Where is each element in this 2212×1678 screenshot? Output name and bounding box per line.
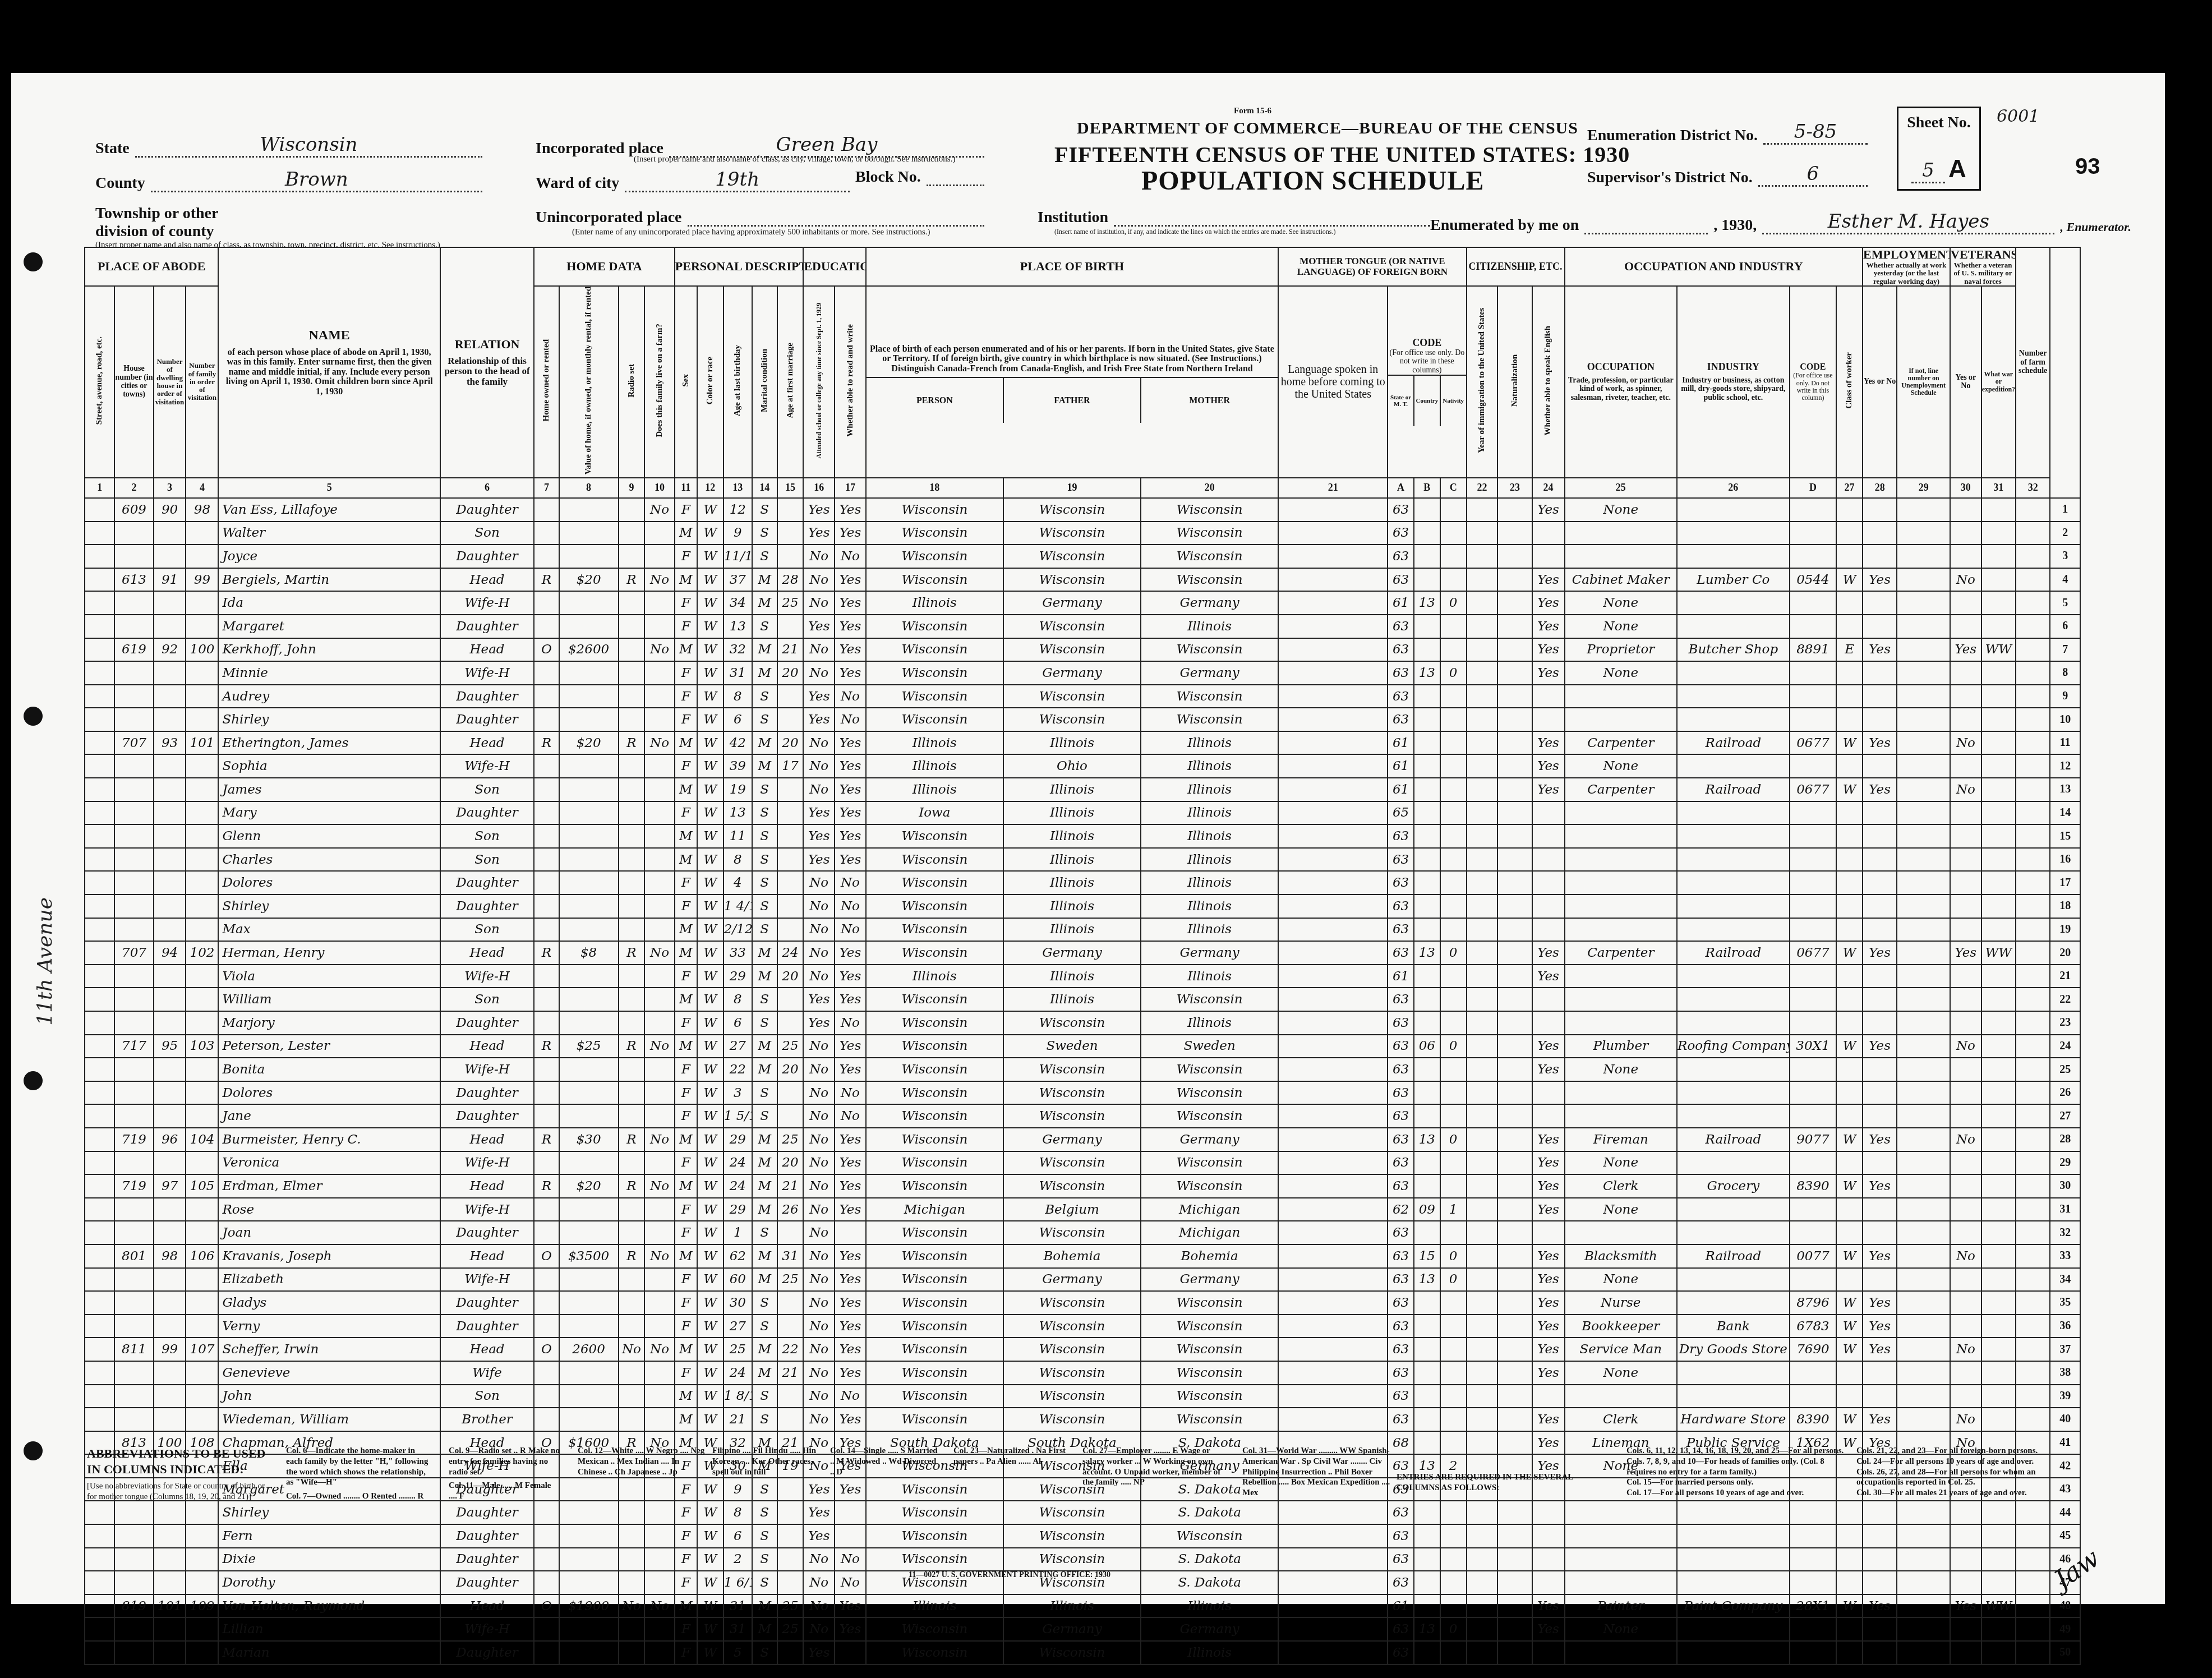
page-stamp: 93 [2075,154,2100,179]
cell-ind [1677,1198,1790,1221]
cell-family: 98 [186,498,218,522]
cell-cls: W [1836,731,1863,755]
cell-bf: Wisconsin [1003,1408,1141,1431]
cell-own [534,708,559,731]
cell-sex: M [675,1128,697,1151]
legend-col14: Col. 14—Single ..... S Married .. M Wido… [830,1446,942,1477]
cell-name: Fern [218,1524,440,1548]
cell-lang [1278,1011,1388,1035]
cell-occ: None [1565,1058,1678,1081]
cell-A: 61 [1388,965,1414,988]
cell-lang [1278,848,1388,872]
cell-lang [1278,778,1388,801]
cell-unemp [1897,1011,1950,1035]
cell-bp: Wisconsin [866,708,1003,731]
cell-B [1414,918,1440,942]
cell-street [85,1338,114,1361]
cell-nat [1497,941,1532,965]
cell-code [1790,522,1837,545]
cell-vet: No [1950,1128,1981,1151]
cell-unemp [1897,1035,1950,1058]
cell-farm [644,1641,675,1665]
cell-war: WW [1981,941,2016,965]
col-unemployment-line-header: If not, line number on Unemployment Sche… [1897,286,1950,478]
cell-C [1440,871,1467,895]
group-place-of-abode: PLACE OF ABODE [85,247,218,286]
cell-lang [1278,1174,1388,1198]
cell-family [186,1291,218,1315]
cell-dwelling [154,685,186,708]
cell-nat [1497,778,1532,801]
cell-sch: No [803,1151,835,1175]
cell-race: W [697,1104,723,1128]
cell-age: 42 [723,731,752,755]
cell-ind [1677,965,1790,988]
cell-occ [1565,1501,1678,1524]
cell-imm [1467,918,1498,942]
cell-sch: No [803,895,835,918]
cell-ind: Railroad [1677,1244,1790,1268]
cell-age: 6 [723,1011,752,1035]
cell-name: Mary [218,801,440,825]
col-owned-rented-header: Home owned or rented [534,286,559,478]
supervisor-district-value: 6 [1807,163,1819,185]
cell-farm [644,1104,675,1128]
cell-rel: Daughter [440,1641,534,1665]
cell-lang [1278,522,1388,545]
cell-rw: Yes [835,1058,866,1081]
cell-age: 32 [723,638,752,662]
cell-mar: M [752,1174,777,1198]
cell-cls [1836,848,1863,872]
col-first-marriage-header: Age at first marriage [777,286,804,478]
cell-rw: No [835,918,866,942]
cell-bm: Illinois [1141,778,1278,801]
cell-sch: No [803,1594,835,1618]
cell-bf: Wisconsin [1003,1058,1141,1081]
cell-C [1440,988,1467,1011]
block-field[interactable]: Block No. [855,168,984,186]
cell-name: Elizabeth [218,1268,440,1292]
cell-sch: No [803,1571,835,1594]
cell-war [1981,1011,2016,1035]
cell-eng: Yes [1532,1338,1565,1361]
cell-imm [1467,685,1498,708]
cell-war [1981,545,2016,568]
cell-bp: Wisconsin [866,1151,1003,1175]
cell-nat [1497,1617,1532,1641]
cell-nat [1497,731,1532,755]
cell-family [186,661,218,685]
enumerator-field[interactable]: Enumerated by me on , 1930, Esther M. Ha… [1430,210,2131,234]
cell-B [1414,824,1440,848]
cell-code [1790,708,1837,731]
cell-ind [1677,591,1790,615]
cell-unemp [1897,1617,1950,1641]
cell-ind: Railroad [1677,778,1790,801]
cell-mar: S [752,1548,777,1571]
cell-name: Van Ess, Lillafoye [218,498,440,522]
cell-C [1440,965,1467,988]
cell-bp: Wisconsin [866,1058,1003,1081]
cell-vet [1950,1268,1981,1292]
cell-lang [1278,1104,1388,1128]
table-row: DoloresDaughterFW4SNoNoWisconsinIllinois… [85,871,2080,895]
cell-family [186,1221,218,1244]
table-row: JoyceDaughterFW11/12SNoNoWisconsinWiscon… [85,545,2080,568]
cell-nat [1497,1198,1532,1221]
cell-farm [644,824,675,848]
table-row: ShirleyDaughterFW1 4/12SNoNoWisconsinIll… [85,895,2080,918]
cell-rel: Head [440,941,534,965]
cell-rw: Yes [835,1174,866,1198]
cell-race: W [697,545,723,568]
cell-fm: 25 [777,1128,804,1151]
line-number: 3 [2050,545,2080,568]
cell-eng [1532,1524,1565,1548]
cell-eng [1532,545,1565,568]
incorporated-place-field[interactable]: Incorporated place Green Bay [536,133,984,158]
cell-nat [1497,1128,1532,1151]
cell-sex: F [675,1104,697,1128]
cell-C [1440,824,1467,848]
cell-rel: Wife-H [440,1151,534,1175]
cell-bf: Wisconsin [1003,545,1141,568]
cell-bp: Wisconsin [866,1081,1003,1105]
cell-val: $25 [559,1035,619,1058]
cell-cls [1836,1081,1863,1105]
cell-radio: R [619,1174,645,1198]
cell-fm: 25 [777,1035,804,1058]
cell-sch: No [803,1548,835,1571]
cell-imm [1467,895,1498,918]
cell-age: 8 [723,1501,752,1524]
cell-rw: Yes [835,1408,866,1431]
cell-farmsch [2016,638,2050,662]
institution-field[interactable]: Institution [1038,209,1430,227]
cell-rw: Yes [835,498,866,522]
cell-val [559,1501,619,1524]
group-mother-tongue: MOTHER TONGUE (OR NATIVE LANGUAGE) OF FO… [1278,247,1466,286]
cell-nat [1497,1058,1532,1081]
enumerated-year: , 1930, [1713,216,1757,234]
cell-house [114,1221,153,1244]
line-number-header [2050,247,2080,498]
cell-family [186,1104,218,1128]
cell-imm [1467,754,1498,778]
cell-cls [1836,1011,1863,1035]
cell-age: 12 [723,498,752,522]
cell-war [1981,1035,2016,1058]
cell-B [1414,871,1440,895]
cell-dwelling [154,708,186,731]
cell-own [534,871,559,895]
table-row: DixieDaughterFW2SNoNoWisconsinWisconsinS… [85,1548,2080,1571]
ward-field[interactable]: Ward of city 19th [536,168,850,192]
cell-age: 6 [723,1524,752,1548]
cell-war [1981,754,2016,778]
cell-radio [619,1221,645,1244]
cell-eng: Yes [1532,498,1565,522]
abbreviations-heading: ABBREVIATIONS TO BE USED IN COLUMNS INDI… [87,1446,272,1502]
enumeration-district-field[interactable]: Enumeration District No. 5-85 [1587,121,1868,145]
cell-eng: Yes [1532,1035,1565,1058]
cell-lang [1278,1151,1388,1175]
cell-ind [1677,1291,1790,1315]
cell-war [1981,1315,2016,1338]
cell-A: 63 [1388,1315,1414,1338]
cell-house [114,965,153,988]
col-war-header: What war or expedition? [1981,286,2016,478]
column-number: 7 [534,478,559,498]
cell-name: Genevieve [218,1361,440,1385]
cell-code [1790,545,1837,568]
group-home-data: HOME DATA [534,247,675,286]
county-field[interactable]: County Brown [95,168,482,192]
cell-name: Rose [218,1198,440,1221]
cell-sch: No [803,1058,835,1081]
cell-rw: Yes [835,1315,866,1338]
cell-dwelling [154,895,186,918]
cell-sex: M [675,778,697,801]
cell-bm: Wisconsin [1141,1081,1278,1105]
township-field[interactable]: Township or other division of county (In… [95,205,488,250]
cell-house [114,1058,153,1081]
cell-eng [1532,1221,1565,1244]
cell-occ: None [1565,498,1678,522]
cell-fm [777,988,804,1011]
cell-lang [1278,918,1388,942]
sheet-number-box: Sheet No. 5 A [1897,107,1981,191]
cell-unemp [1897,848,1950,872]
cell-bp: Wisconsin [866,1548,1003,1571]
cell-farmsch [2016,545,2050,568]
cell-eng: Yes [1532,1198,1565,1221]
cell-vet: No [1950,778,1981,801]
cell-bp: Wisconsin [866,988,1003,1011]
cell-A: 63 [1388,1548,1414,1571]
line-number: 35 [2050,1291,2080,1315]
state-field[interactable]: State Wisconsin [95,133,482,158]
cell-bf: Wisconsin [1003,1011,1141,1035]
cell-sex: F [675,685,697,708]
cell-own [534,1221,559,1244]
cell-rel: Wife-H [440,1198,534,1221]
cell-race: W [697,1408,723,1431]
cell-B [1414,1011,1440,1035]
cell-val [559,988,619,1011]
cell-family: 101 [186,731,218,755]
line-number: 21 [2050,965,2080,988]
cell-family [186,848,218,872]
cell-B [1414,754,1440,778]
cell-farm [644,1361,675,1385]
cell-farmsch [2016,1524,2050,1548]
cell-ind [1677,1221,1790,1244]
cell-radio [619,522,645,545]
cell-farmsch [2016,661,2050,685]
schedule-title: POPULATION SCHEDULE [1141,165,1485,196]
cell-nat [1497,1571,1532,1594]
cell-A: 61 [1388,778,1414,801]
cell-war [1981,1501,2016,1524]
cell-cls [1836,824,1863,848]
line-number: 2 [2050,522,2080,545]
cell-bm: Germany [1141,1268,1278,1292]
cell-bm: Wisconsin [1141,1058,1278,1081]
cell-rw: Yes [835,778,866,801]
cell-val [559,1198,619,1221]
cell-C [1440,708,1467,731]
cell-vet: No [1950,1244,1981,1268]
cell-eng: Yes [1532,1594,1565,1618]
cell-eng [1532,1501,1565,1524]
cell-ind: Railroad [1677,1128,1790,1151]
cell-lang [1278,1291,1388,1315]
cell-ind [1677,895,1790,918]
cell-street [85,1315,114,1338]
cell-street [85,522,114,545]
county-value: Brown [285,168,348,191]
cell-farm [644,1524,675,1548]
cell-family [186,1385,218,1408]
cell-bm: Illinois [1141,801,1278,825]
cell-mar: M [752,638,777,662]
cell-farmsch [2016,824,2050,848]
cell-val [559,1617,619,1641]
cell-dwelling [154,1315,186,1338]
cell-mar: S [752,778,777,801]
cell-fm [777,1291,804,1315]
cell-own [534,1104,559,1128]
cell-radio [619,1571,645,1594]
tongue-code-header: CODE (For office use only. Do not write … [1388,286,1466,478]
cell-war: WW [1981,1594,2016,1618]
cell-code [1790,1548,1837,1571]
cell-sch: No [803,1035,835,1058]
cell-bm: Illinois [1141,965,1278,988]
cell-C [1440,895,1467,918]
cell-farmsch [2016,1571,2050,1594]
cell-bp: Wisconsin [866,1128,1003,1151]
cell-C [1440,498,1467,522]
cell-rw: Yes [835,801,866,825]
cell-occ: Nurse [1565,1291,1678,1315]
unincorporated-place-field[interactable]: Unincorporated place [536,209,984,227]
cell-war [1981,661,2016,685]
cell-emp: Yes [1863,1244,1897,1268]
cell-val [559,615,619,638]
cell-nat [1497,1431,1532,1455]
cell-ind: Butcher Shop [1677,638,1790,662]
cell-sch: No [803,1338,835,1361]
cell-cls [1836,1617,1863,1641]
cell-bp: Illinois [866,731,1003,755]
cell-lang [1278,1501,1388,1524]
cell-occ [1565,522,1678,545]
cell-age: 27 [723,1035,752,1058]
cell-family [186,871,218,895]
cell-mar: S [752,824,777,848]
cell-mar: S [752,871,777,895]
cell-war [1981,1361,2016,1385]
cell-A: 63 [1388,918,1414,942]
cell-rel: Daughter [440,1524,534,1548]
col-sex-header: Sex [675,286,697,478]
cell-bf: Wisconsin [1003,708,1141,731]
cell-emp [1863,685,1897,708]
cell-B [1414,522,1440,545]
cell-dwelling [154,1081,186,1105]
cell-bp: Wisconsin [866,1315,1003,1338]
cell-dwelling [154,1524,186,1548]
cell-sex: F [675,661,697,685]
line-number: 7 [2050,638,2080,662]
cell-val [559,824,619,848]
cell-own [534,1151,559,1175]
cell-nat [1497,1221,1532,1244]
state-value: Wisconsin [260,133,357,156]
cell-age: 8 [723,685,752,708]
cell-war [1981,1081,2016,1105]
cell-bf: Wisconsin [1003,1291,1141,1315]
cell-age: 60 [723,1268,752,1292]
cell-rw: No [835,1011,866,1035]
column-number: B [1414,478,1440,498]
cell-family: 103 [186,1035,218,1058]
cell-imm [1467,1174,1498,1198]
cell-vet [1950,801,1981,825]
cell-occ [1565,918,1678,942]
cell-cls: W [1836,1035,1863,1058]
cell-sex: F [675,1081,697,1105]
cell-farm [644,685,675,708]
cell-farm [644,1548,675,1571]
cell-farmsch [2016,1361,2050,1385]
cell-sex: F [675,1361,697,1385]
cell-code: 0677 [1790,941,1837,965]
table-row: AudreyDaughterFW8SYesNoWisconsinWisconsi… [85,685,2080,708]
cell-sex: F [675,965,697,988]
cell-B [1414,1221,1440,1244]
cell-code [1790,988,1837,1011]
cell-bm: Wisconsin [1141,545,1278,568]
cell-val [559,1548,619,1571]
cell-sex: F [675,1478,697,1501]
cell-sex: F [675,1268,697,1292]
cell-C [1440,1408,1467,1431]
table-row: ShirleyDaughterFW6SYesNoWisconsinWiscons… [85,708,2080,731]
cell-name: Bonita [218,1058,440,1081]
cell-house [114,754,153,778]
cell-mar: M [752,1617,777,1641]
cell-lang [1278,1594,1388,1618]
table-row: MargaretDaughterFW13SYesYesWisconsinWisc… [85,615,2080,638]
cell-val: $8 [559,941,619,965]
table-row: ShirleyDaughterFW8SYesWisconsinWisconsin… [85,1501,2080,1524]
cell-imm [1467,1548,1498,1571]
supervisor-district-field[interactable]: Supervisor's District No. 6 [1587,163,1868,187]
cell-farm [644,545,675,568]
cell-house: 719 [114,1174,153,1198]
cell-bf: Wisconsin [1003,1104,1141,1128]
cell-eng [1532,708,1565,731]
cell-nat [1497,708,1532,731]
cell-bf: Wisconsin [1003,1081,1141,1105]
cell-age: 3 [723,1081,752,1105]
cell-bf: Wisconsin [1003,1221,1141,1244]
cell-unemp [1897,685,1950,708]
